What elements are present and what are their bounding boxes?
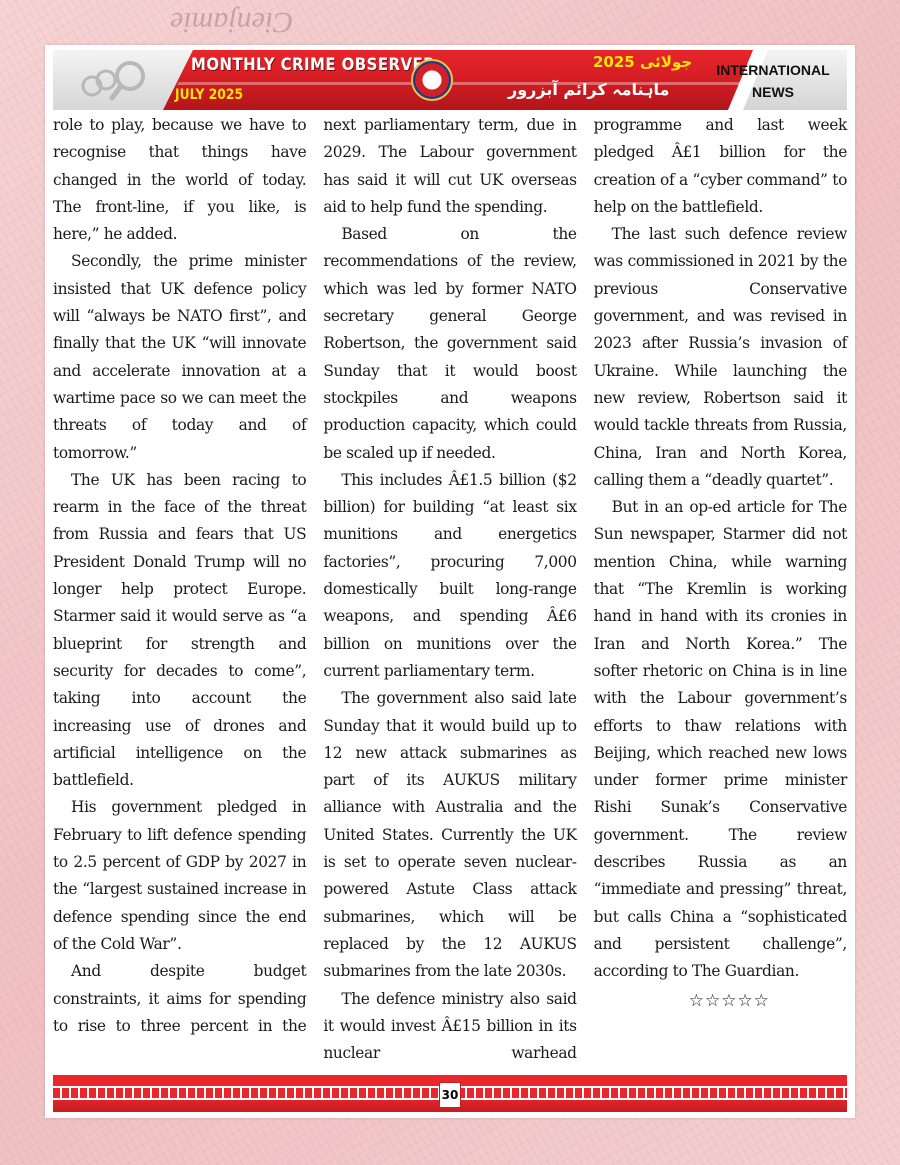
masthead-title: MONTHLY CRIME OBSERVER: [191, 55, 435, 75]
paragraph: The UK has been racing to rearm in the f…: [53, 467, 306, 795]
paragraph: His government pledged in February to li…: [53, 794, 306, 958]
paragraph: Based on the recommendations of the revi…: [323, 221, 576, 467]
paragraph: next parliamentary term, due in 2029. Th…: [323, 112, 576, 221]
end-of-article-stars-icon: ☆☆☆☆☆: [594, 988, 847, 1015]
paragraph: But in an op-ed article for The Sun news…: [594, 494, 847, 985]
page-header: MONTHLY CRIME OBSERVER JULY 2025 جولائی …: [53, 50, 847, 110]
paragraph: This includes Â£1.5 billion ($2 billion)…: [323, 467, 576, 685]
section-label-line1: INTERNATIONAL: [693, 59, 853, 81]
page-footer: 30: [53, 1075, 847, 1112]
crime-observer-logo-icon: [411, 59, 453, 101]
handcuffs-magnifier-icon: [78, 58, 158, 102]
paragraph: role to play, because we have to recogni…: [53, 112, 306, 248]
urdu-issue-date: جولائی 2025: [593, 53, 692, 71]
article-column-1: role to play, because we have to recogni…: [53, 112, 306, 1067]
section-label-line2: NEWS: [693, 81, 853, 103]
paragraph: The defence ministry also said it would …: [323, 986, 576, 1068]
issue-date: JULY 2025: [175, 87, 243, 103]
paragraph: Secondly, the prime minister insisted th…: [53, 248, 306, 466]
background-newspaper-text: Cienjamie: [170, 5, 293, 39]
article-column-2: next parliamentary term, due in 2029. Th…: [323, 112, 576, 1067]
page-number: 30: [439, 1082, 461, 1108]
section-label: INTERNATIONAL NEWS: [693, 59, 853, 103]
article-body: role to play, because we have to recogni…: [53, 112, 847, 1067]
article-column-3: programme and last week pledged Â£1 bill…: [594, 112, 847, 1067]
paragraph: programme and last week pledged Â£1 bill…: [594, 112, 847, 221]
paragraph: The government also said late Sunday tha…: [323, 685, 576, 985]
paragraph: And despite budget constraints, it aims …: [53, 958, 306, 1040]
urdu-masthead-title: ماہنامہ کرائم آبزرور: [508, 80, 669, 99]
paragraph: The last such defence review was commiss…: [594, 221, 847, 494]
magazine-page: MONTHLY CRIME OBSERVER JULY 2025 جولائی …: [45, 45, 855, 1118]
